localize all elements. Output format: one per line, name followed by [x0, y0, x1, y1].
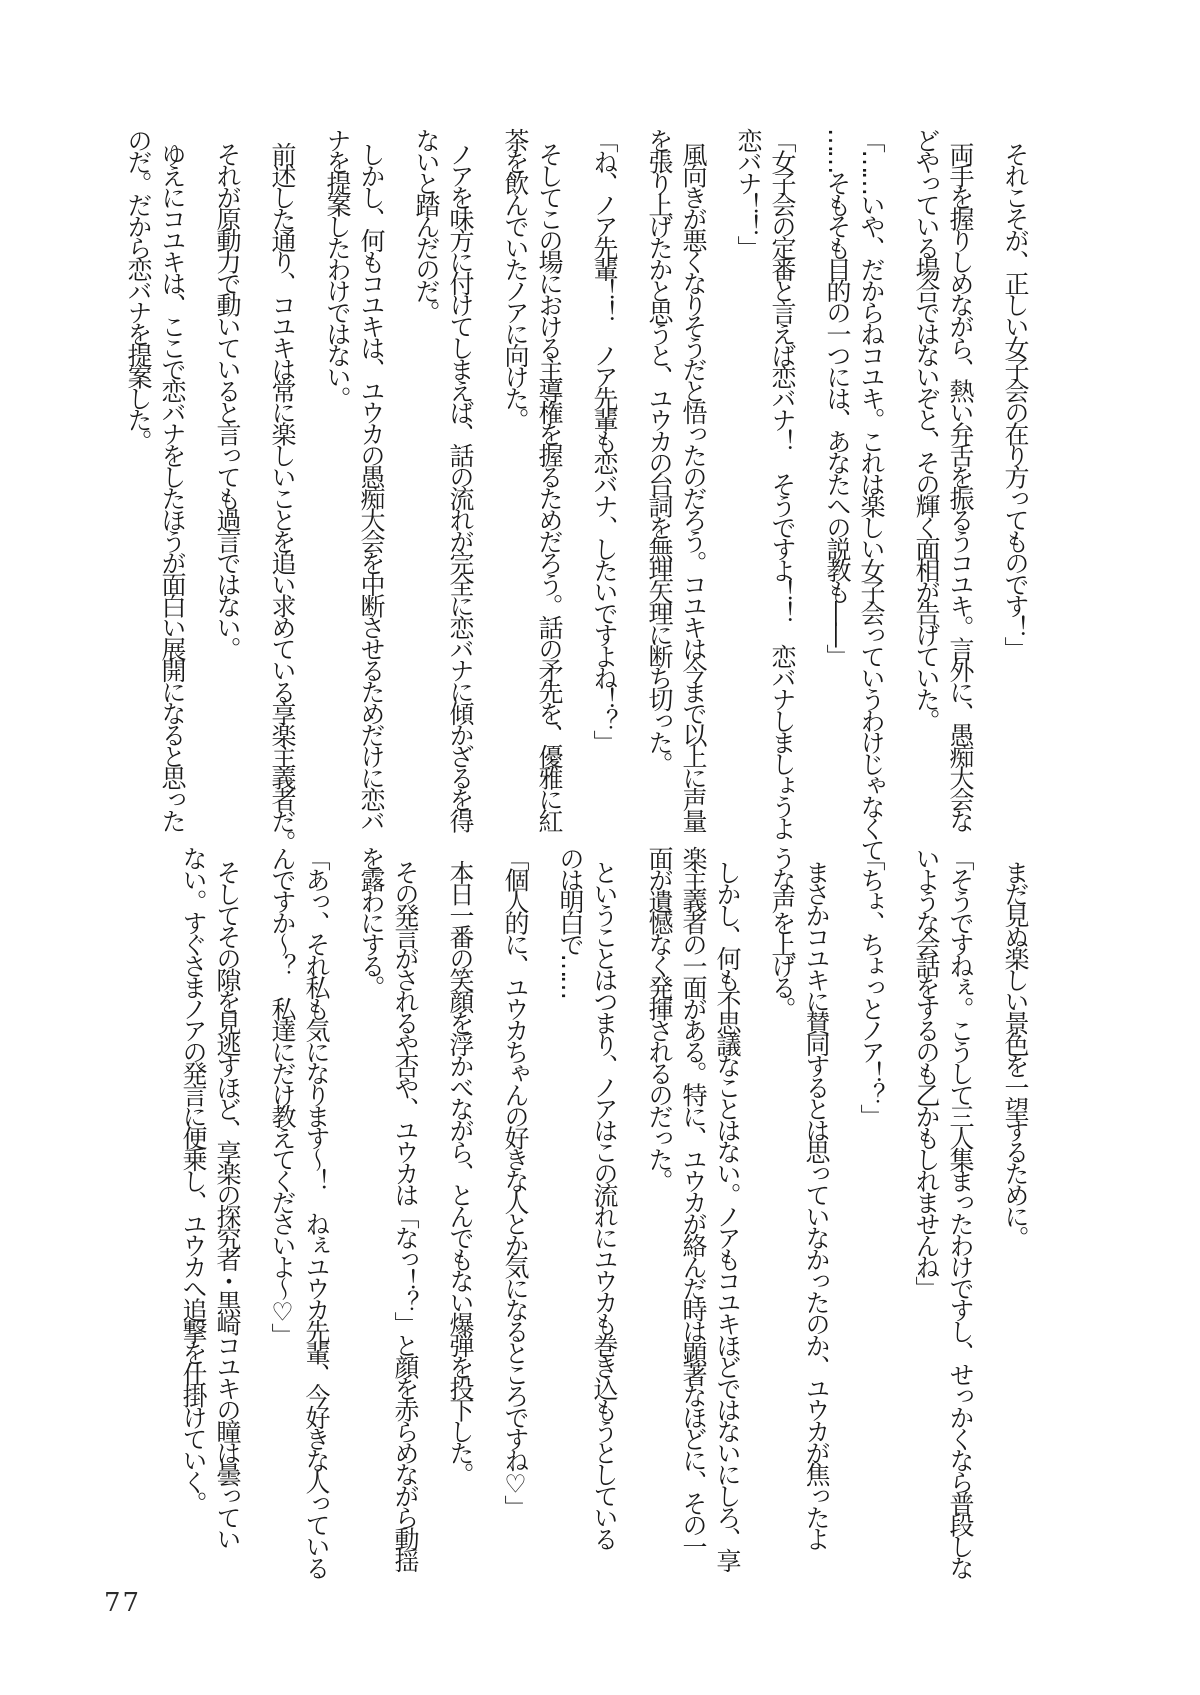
text-line: 「女子会の定番と言えば恋バナ！ そうですよ！！ 恋バナしましょうよ — [770, 128, 795, 844]
text-line: 「あっ、それ私も気になります～！ ねぇユウカ先輩、今好きな人っている — [304, 846, 329, 1562]
text-line: うな声を上げる。 — [770, 846, 795, 1562]
text-band-top: それこそが、正しい女子会の在り方ってものです！」両手を握りしめながら、熱い弁舌を… — [126, 128, 1028, 844]
text-line: ということはつまり、ノアはこの流れにユウカも巻き込もうとしている — [592, 846, 617, 1562]
text-line: ゆえにコユキは、ここで恋バナをしたほうが面白い展開になると思った — [160, 128, 185, 844]
text-line: しかし、何も不思議なことはない。ノアもコユキほどではないにしろ、享 — [715, 846, 740, 1562]
text-line: を露わにする。 — [359, 846, 384, 1562]
text-line: 楽主義者の一面がある。特に、ユウカが絡んだ時は顕著なほどに、その一 — [681, 846, 706, 1562]
text-line: を張り上げたかと思うと、ユウカの台詞を無理矢理に断ち切った。 — [647, 128, 672, 844]
text-line: 面が遺憾なく発揮されるのだった。 — [647, 846, 672, 1562]
text-line: 「個人的に、ユウカちゃんの好きな人とか気になるところですね♡」 — [503, 846, 528, 1562]
text-line: 「ちょ、ちょっとノア！？」 — [859, 846, 884, 1562]
text-line: 茶を飲んでいたノアに向けた。 — [503, 128, 528, 844]
text-line: ないと踏んだのだ。 — [414, 128, 439, 844]
text-line: 恋バナ！！」 — [736, 128, 761, 844]
text-line: しかし、何もコユキは、ユウカの愚痴大会を中断させるためだけに恋バ — [359, 128, 384, 844]
text-line: まさかコユキに賛同するとは思っていなかったのか、ユウカが焦ったよ — [804, 846, 829, 1562]
text-line: ノアを味方に付けてしまえば、話の流れが完全に恋バナに傾かざるを得 — [448, 128, 473, 844]
text-line: んですか～？ 私達にだけ教えてくださいよ～♡」 — [270, 846, 295, 1562]
text-line: 両手を握りしめながら、熱い弁舌を振るうコユキ。言外に、愚痴大会な — [948, 128, 973, 844]
text-line: ナを提案したわけではない。 — [325, 128, 350, 844]
text-line: そしてその隙を見逃すほど、享楽の探究者・黒崎コユキの瞳は曇ってい — [215, 846, 240, 1562]
text-line: 前述した通り、コユキは常に楽しいことを追い求めている享楽主義者だ。 — [270, 128, 295, 844]
text-line: 「ね、ノア先輩！！ ノア先輩も恋バナ、したいですよね！？」 — [592, 128, 617, 844]
text-line: ない。すぐさまノアの発言に便乗し、ユウカへ追撃を仕掛けていく。 — [181, 846, 206, 1562]
text-line: いような会話をするのも乙かもしれませんね」 — [914, 846, 939, 1562]
text-line: 「……いや、だからねコユキ。これは楽しい女子会っていうわけじゃなくて — [859, 128, 884, 844]
text-line: 本日一番の笑顔を浮かべながら、とんでもない爆弾を投下した。 — [448, 846, 473, 1562]
text-line: 「そうですねぇ。こうして三人集まったわけですし、せっかくなら普段しな — [948, 846, 973, 1562]
text-line: それこそが、正しい女子会の在り方ってものです！」 — [1003, 128, 1028, 844]
novel-page: それこそが、正しい女子会の在り方ってものです！」両手を握りしめながら、熱い弁舌を… — [0, 0, 1200, 1695]
text-line: のだ。だから恋バナを提案した。 — [126, 128, 151, 844]
text-line: ……そもそも目的の一つには、あなたへの説教も――」 — [825, 128, 850, 844]
text-line: まだ見ぬ楽しい景色を一望するために。 — [1003, 846, 1028, 1562]
text-line: どやっている場合ではないぞと、その輝く面相が告げていた。 — [914, 128, 939, 844]
text-line: 風向きが悪くなりそうだと悟ったのだろう。コユキは今まで以上に声量 — [681, 128, 706, 844]
text-line: その発言がされるや否や、ユウカは「なっ！？」と顔を赤らめながら動揺 — [393, 846, 418, 1562]
text-line: のは明白で…… — [558, 846, 583, 1562]
text-line: そしてこの場における主導権を握るためだろう。話の矛先を、優雅に紅 — [537, 128, 562, 844]
page-number: 77 — [104, 1588, 141, 1618]
text-band-bottom: まだ見ぬ楽しい景色を一望するために。「そうですねぇ。こうして三人集まったわけです… — [181, 846, 1028, 1562]
text-line: それが原動力で動いていると言っても過言ではない。 — [215, 128, 240, 844]
